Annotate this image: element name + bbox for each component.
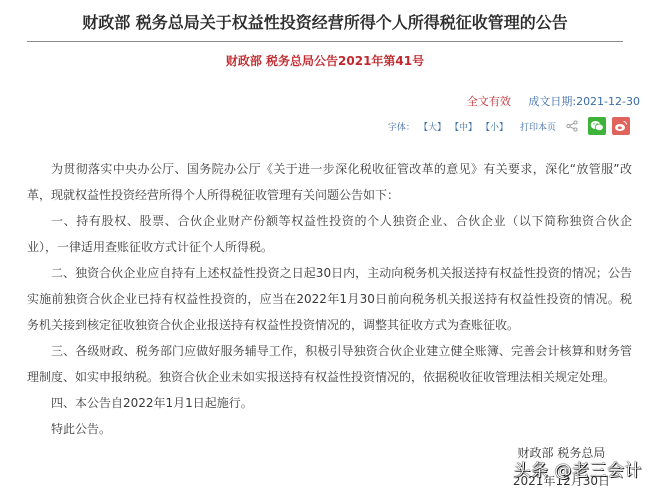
document-number: 财政部 税务总局公告2021年第41号: [0, 52, 650, 69]
paragraph-intro: 为贯彻落实中央办公厅、国务院办公厅《关于进一步深化税收征管改革的意见》有关要求，…: [27, 156, 632, 208]
toolbar: 字体： 【大】 【中】 【小】 打印本页: [388, 116, 630, 136]
font-medium-button[interactable]: 【中】: [450, 120, 477, 133]
font-size-label: 字体：: [388, 120, 415, 133]
document-date: 成文日期:2021-12-30: [528, 95, 640, 108]
article-body: 为贯彻落实中央办公厅、国务院办公厅《关于进一步深化税收征管改革的意见》有关要求，…: [27, 156, 632, 442]
print-button[interactable]: 打印本页: [520, 120, 556, 133]
share-icon[interactable]: [566, 120, 578, 132]
validity-status: 全文有效: [467, 95, 511, 108]
watermark: 头条 @老三会计: [514, 456, 642, 481]
page-title: 财政部 税务总局关于权益性投资经营所得个人所得税征收管理的公告: [0, 10, 650, 33]
paragraph-item-2: 二、独资合伙企业应自持有上述权益性投资之日起30日内，主动向税务机关报送持有权益…: [27, 260, 632, 338]
font-small-button[interactable]: 【小】: [481, 120, 508, 133]
paragraph-item-1: 一、持有股权、股票、合伙企业财产份额等权益性投资的个人独资企业、合伙企业（以下简…: [27, 208, 632, 260]
title-divider: [27, 41, 623, 42]
wechat-icon[interactable]: [588, 117, 606, 135]
paragraph-item-4: 四、本公告自2022年1月1日起施行。: [27, 390, 632, 416]
paragraph-item-3: 三、各级财政、税务部门应做好服务辅导工作，积极引导独资合伙企业建立健全账簿、完善…: [27, 338, 632, 390]
paragraph-closing: 特此公告。: [27, 416, 632, 442]
font-large-button[interactable]: 【大】: [419, 120, 446, 133]
weibo-icon[interactable]: [612, 117, 630, 135]
document-meta: 全文有效 成文日期:2021-12-30: [467, 93, 640, 109]
